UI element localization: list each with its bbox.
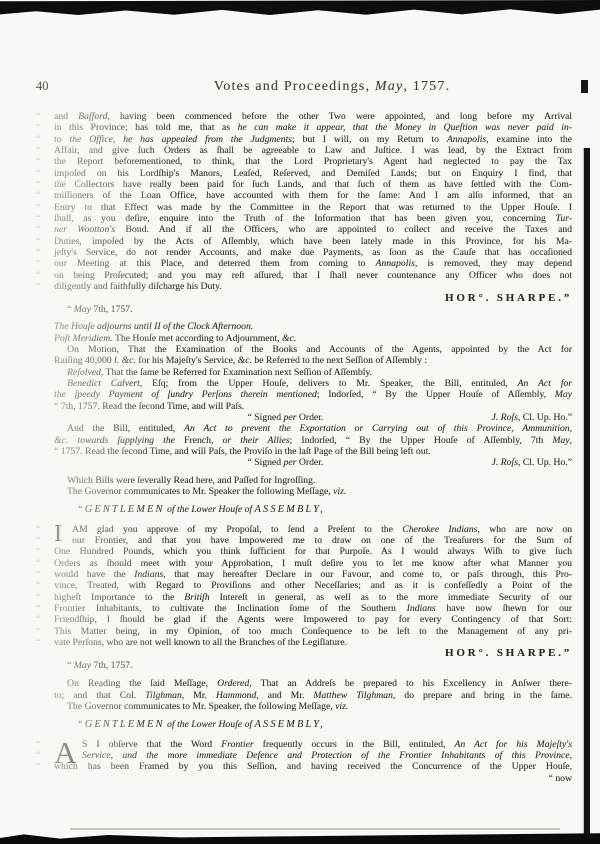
line-text: On Motion, That the Examination of the B…: [54, 344, 572, 355]
margin-quote: [36, 401, 54, 412]
margin-quote: [36, 412, 54, 423]
line-text: our Meeting at this Place, and deterred …: [54, 258, 572, 269]
line-text: Which Bills were ſeverally Read here, an…: [54, 475, 572, 486]
margin-quote: “: [36, 603, 54, 614]
line-right: HOR°. SHARPE.”: [445, 293, 572, 304]
margin-quote: [36, 690, 54, 701]
text-line: “and Baſford, having been commenced befo…: [36, 111, 572, 122]
margin-quote: [36, 304, 54, 315]
margin-quote: “: [36, 247, 54, 258]
text-line: The Governor communicates to Mr. Speaker…: [36, 486, 572, 497]
margin-quote: [36, 344, 54, 355]
line-text: Benedict Calvert, Eſq; from the Upper Ho…: [54, 378, 572, 389]
scan-artifact-edge-mark: [581, 80, 588, 93]
document-page: 40 Votes and Proceedings, May, 1757. “an…: [0, 0, 600, 844]
margin-quote: [36, 660, 54, 671]
line-text: Affair, and give ſuch Orders as ſhall be…: [54, 145, 572, 156]
line-text: Poſt Meridiem. The Houſe met according t…: [54, 333, 572, 344]
line-text: the Report beforementioned, to think, th…: [54, 156, 572, 167]
document-body: “and Baſford, having been commenced befo…: [36, 111, 572, 784]
text-line: “Frontier Inhabitants, to cultivate the …: [36, 603, 572, 614]
line-text: our Frontier, and that you have Impowere…: [54, 535, 572, 546]
text-line: And the Bill, entituled, An Act to preve…: [36, 423, 572, 434]
line-center: “ Signed per Order.: [247, 412, 323, 423]
margin-quote: “: [36, 122, 54, 133]
line-text: “ May 7th, 1757.: [54, 304, 572, 315]
line-text: HOR°. SHARPE.”: [54, 648, 572, 659]
margin-quote: [36, 648, 54, 659]
line-text: “ Signed per Order.J. Roſs, Cl. Up. Ho.”: [54, 412, 572, 423]
line-text: vince, Treated, with Regard to Proviſion…: [54, 580, 572, 591]
margin-quote: “: [36, 750, 54, 761]
margin-quote: [36, 333, 54, 344]
text-line: “AS I obſerve that the Word Frontier fre…: [36, 739, 572, 750]
text-line: “Friendſhip, I ſhould be glad if the Age…: [36, 614, 572, 625]
text-line: “Entry to that Effect was made by the Co…: [36, 202, 572, 213]
text-line: “the Collectors have really been paid fo…: [36, 179, 572, 190]
line-text: Raiſing 40,000 l. &c. for his Majeſty's …: [54, 355, 572, 366]
text-line: “Duties, impoſed by the Acts of Aſſembly…: [36, 236, 572, 247]
line-text: would have the Indians, that may hereaft…: [54, 569, 572, 580]
margin-quote: “: [36, 213, 54, 224]
text-line: “This Matter being, in my Opinion, of to…: [36, 626, 572, 637]
text-line: On Reading the ſaid Meſſage, Ordered, Th…: [36, 678, 572, 689]
margin-quote: [36, 293, 54, 304]
margin-quote: “: [36, 202, 54, 213]
margin-quote: “: [36, 546, 54, 557]
margin-quote: “: [36, 156, 54, 167]
margin-quote: [36, 475, 54, 486]
line-text: Reſolved, That the ſame be Referred for …: [54, 367, 572, 378]
line-text: &c. towards ſupplying the French, or the…: [54, 435, 572, 446]
text-line: Which Bills were ſeverally Read here, an…: [36, 475, 572, 486]
text-line: “would have the Indians, that may hereaf…: [36, 569, 572, 580]
text-line: “our Meeting at this Place, and deterred…: [36, 258, 572, 269]
text-line: The Governor communicates to Mr. Speaker…: [36, 701, 572, 712]
line-text: Orders as ſhould meet with your Approbat…: [54, 558, 572, 569]
line-text: “ 7th, 1757. Read the ſecond Time, and w…: [54, 401, 572, 412]
text-line: “ 7th, 1757. Read the ſecond Time, and w…: [36, 401, 572, 412]
text-line: HOR°. SHARPE.”: [36, 648, 572, 659]
text-line: &c. towards ſupplying the French, or the…: [36, 435, 572, 446]
line-text: the Collectors have really been paid for…: [54, 179, 572, 190]
page-number: 40: [36, 79, 94, 94]
line-center: “ Signed per Order.: [247, 457, 323, 468]
line-text: the ſpeedy Payment of ſundry Perſons the…: [54, 389, 572, 400]
line-text: Service, and the more immediate Defence …: [54, 750, 572, 761]
margin-quote: “: [36, 270, 54, 281]
text-line: “ GENTLEMEN of the Lower Houſe of ASSEMB…: [36, 504, 572, 515]
margin-quote: [36, 321, 54, 332]
text-line: “Orders as ſhould meet with your Approba…: [36, 558, 572, 569]
margin-quote: [36, 446, 54, 457]
margin-quote: “: [36, 592, 54, 603]
margin-quote: “: [36, 111, 54, 122]
line-right: HOR°. SHARPE.”: [445, 648, 572, 659]
line-right: J. Roſs, Cl. Up. Ho.”: [492, 412, 572, 423]
margin-quote: “: [36, 524, 54, 535]
margin-quote: “: [36, 535, 54, 546]
line-text: HOR°. SHARPE.”: [54, 293, 572, 304]
text-line: to; and that Col. Tilghman, Mr. Hammond,…: [36, 690, 572, 701]
text-line: “on being Proſecuted; and you may reſt a…: [36, 270, 572, 281]
margin-quote: [36, 378, 54, 389]
margin-quote: “: [36, 145, 54, 156]
line-text: jeſty's Service, do not render Accounts,…: [54, 247, 572, 258]
margin-quote: [36, 389, 54, 400]
line-text: Duties, impoſed by the Acts of Aſſembly,…: [54, 236, 572, 247]
text-line: Benedict Calvert, Eſq; from the Upper Ho…: [36, 378, 572, 389]
margin-quote: “: [36, 168, 54, 179]
text-line: “ GENTLEMEN of the Lower Houſe of ASSEMB…: [36, 719, 572, 730]
line-text: to; and that Col. Tilghman, Mr. Hammond,…: [54, 690, 572, 701]
line-text: One Hundred Pounds, which you think ſuff…: [54, 546, 572, 557]
line-text: ſhall, as you deſire, enquire into the T…: [54, 213, 572, 224]
text-line: Reſolved, That the ſame be Referred for …: [36, 367, 572, 378]
text-line: “One Hundred Pounds, which you think ſuf…: [36, 546, 572, 557]
text-line: “IAM glad you approve of my Propoſal, to…: [36, 524, 572, 535]
line-text: and Baſford, having been commenced befor…: [54, 111, 572, 122]
margin-quote: “: [36, 281, 54, 292]
text-line: “ May 7th, 1757.: [36, 304, 572, 315]
margin-quote: “: [36, 224, 54, 235]
page-title: Votes and Proceedings, May, 1757.: [94, 79, 570, 95]
text-line: “higheſt Importance to the Britiſh Inter…: [36, 592, 572, 603]
line-text: The Governor communicates to Mr. Speaker…: [54, 701, 572, 712]
margin-quote: [36, 367, 54, 378]
text-line: On Motion, That the Examination of the B…: [36, 344, 572, 355]
line-text: in this Province; has told me, that as h…: [54, 122, 572, 133]
line-text: which has been Framed by you this Seſſio…: [54, 761, 572, 772]
margin-quote: “: [36, 637, 54, 648]
line-text: AS I obſerve that the Word Frontier freq…: [54, 739, 572, 750]
text-line: “ner Wootton's Bond. And if all the Offi…: [36, 224, 572, 235]
margin-quote: “: [36, 134, 54, 145]
text-line: “Affair, and give ſuch Orders as ſhall b…: [36, 145, 572, 156]
line-text: ner Wootton's Bond. And if all the Offic…: [54, 224, 572, 235]
margin-quote: “: [36, 739, 54, 750]
line-text: And the Bill, entituled, An Act to preve…: [54, 423, 572, 434]
text-line: “ 1757. Read the ſecond Time, and will P…: [36, 446, 572, 457]
line-text: The Houſe adjourns until II of the Clock…: [54, 321, 572, 332]
margin-quote: [36, 701, 54, 712]
margin-quote: “: [36, 761, 54, 772]
line-text: Frontier Inhabitants, to cultivate the I…: [54, 603, 572, 614]
line-text: “ now: [54, 773, 572, 784]
text-line: “ Signed per Order.J. Roſs, Cl. Up. Ho.”: [36, 457, 572, 468]
margin-quote: “: [36, 569, 54, 580]
margin-quote: “: [36, 179, 54, 190]
margin-quote: “: [36, 236, 54, 247]
text-line: “ now: [36, 773, 572, 784]
line-text: On Reading the ſaid Meſſage, Ordered, Th…: [54, 678, 572, 689]
line-text: IAM glad you approve of my Propoſal, to …: [54, 524, 572, 535]
text-line: “in this Province; has told me, that as …: [36, 122, 572, 133]
text-line: “ Signed per Order.J. Roſs, Cl. Up. Ho.”: [36, 412, 572, 423]
margin-quote: [36, 486, 54, 497]
text-line: “to the Office, he has appealed from the…: [36, 134, 572, 145]
text-line: The Houſe adjourns until II of the Clock…: [36, 321, 572, 332]
text-line: “ſhall, as you deſire, enquire into the …: [36, 213, 572, 224]
line-text: impoſed on his Lordſhip's Manors, Leaſed…: [54, 168, 572, 179]
margin-quote: “: [36, 580, 54, 591]
margin-quote: [36, 423, 54, 434]
margin-quote: “: [36, 190, 54, 201]
margin-quote: [36, 773, 54, 784]
line-text: “ Signed per Order.J. Roſs, Cl. Up. Ho.”: [54, 457, 572, 468]
text-line: “Service, and the more immediate Defence…: [36, 750, 572, 761]
line-text: higheſt Importance to the Britiſh Intere…: [54, 592, 572, 603]
scan-artifact-top-band: [0, 0, 600, 16]
scan-artifact-binding-edge: [584, 148, 590, 844]
margin-quote: [36, 719, 54, 730]
text-line: “jeſty's Service, do not render Accounts…: [36, 247, 572, 258]
text-line: “our Frontier, and that you have Impower…: [36, 535, 572, 546]
line-text: Friendſhip, I ſhould be glad if the Agen…: [54, 614, 572, 625]
line-text: “ GENTLEMEN of the Lower Houſe of ASSEMB…: [54, 719, 572, 730]
line-right: “ now: [549, 773, 572, 784]
page-header: 40 Votes and Proceedings, May, 1757.: [36, 79, 570, 95]
margin-quote: [36, 457, 54, 468]
text-line: Raiſing 40,000 l. &c. for his Majeſty's …: [36, 355, 572, 366]
text-line: the ſpeedy Payment of ſundry Perſons the…: [36, 389, 572, 400]
margin-quote: “: [36, 614, 54, 625]
text-line: “vince, Treated, with Regard to Proviſio…: [36, 580, 572, 591]
margin-quote: [36, 504, 54, 515]
line-text: “ 1757. Read the ſecond Time, and will P…: [54, 446, 572, 457]
line-text: on being Proſecuted; and you may reſt aſ…: [54, 270, 572, 281]
margin-quote: [36, 355, 54, 366]
margin-quote: “: [36, 626, 54, 637]
text-line: “impoſed on his Lordſhip's Manors, Leaſe…: [36, 168, 572, 179]
text-line: “ May 7th, 1757.: [36, 660, 572, 671]
line-text: “ May 7th, 1757.: [54, 660, 572, 671]
scan-artifact-smudge: [70, 828, 560, 830]
scan-artifact-bottom-band: [0, 832, 600, 844]
margin-quote: “: [36, 558, 54, 569]
line-text: This Matter being, in my Opinion, of too…: [54, 626, 572, 637]
line-text: Entry to that Effect was made by the Com…: [54, 202, 572, 213]
line-text: The Governor communicates to Mr. Speaker…: [54, 486, 572, 497]
line-text: miſſioners of the Loan Office, have acco…: [54, 190, 572, 201]
text-line: “miſſioners of the Loan Office, have acc…: [36, 190, 572, 201]
margin-quote: [36, 678, 54, 689]
text-line: “which has been Framed by you this Seſſi…: [36, 761, 572, 772]
text-line: “the Report beforementioned, to think, t…: [36, 156, 572, 167]
line-text: to the Office, he has appealed from the …: [54, 134, 572, 145]
margin-quote: “: [36, 258, 54, 269]
text-line: Poſt Meridiem. The Houſe met according t…: [36, 333, 572, 344]
line-text: “ GENTLEMEN of the Lower Houſe of ASSEMB…: [54, 504, 572, 515]
margin-quote: [36, 435, 54, 446]
text-line: HOR°. SHARPE.”: [36, 293, 572, 304]
line-right: J. Roſs, Cl. Up. Ho.”: [492, 457, 572, 468]
